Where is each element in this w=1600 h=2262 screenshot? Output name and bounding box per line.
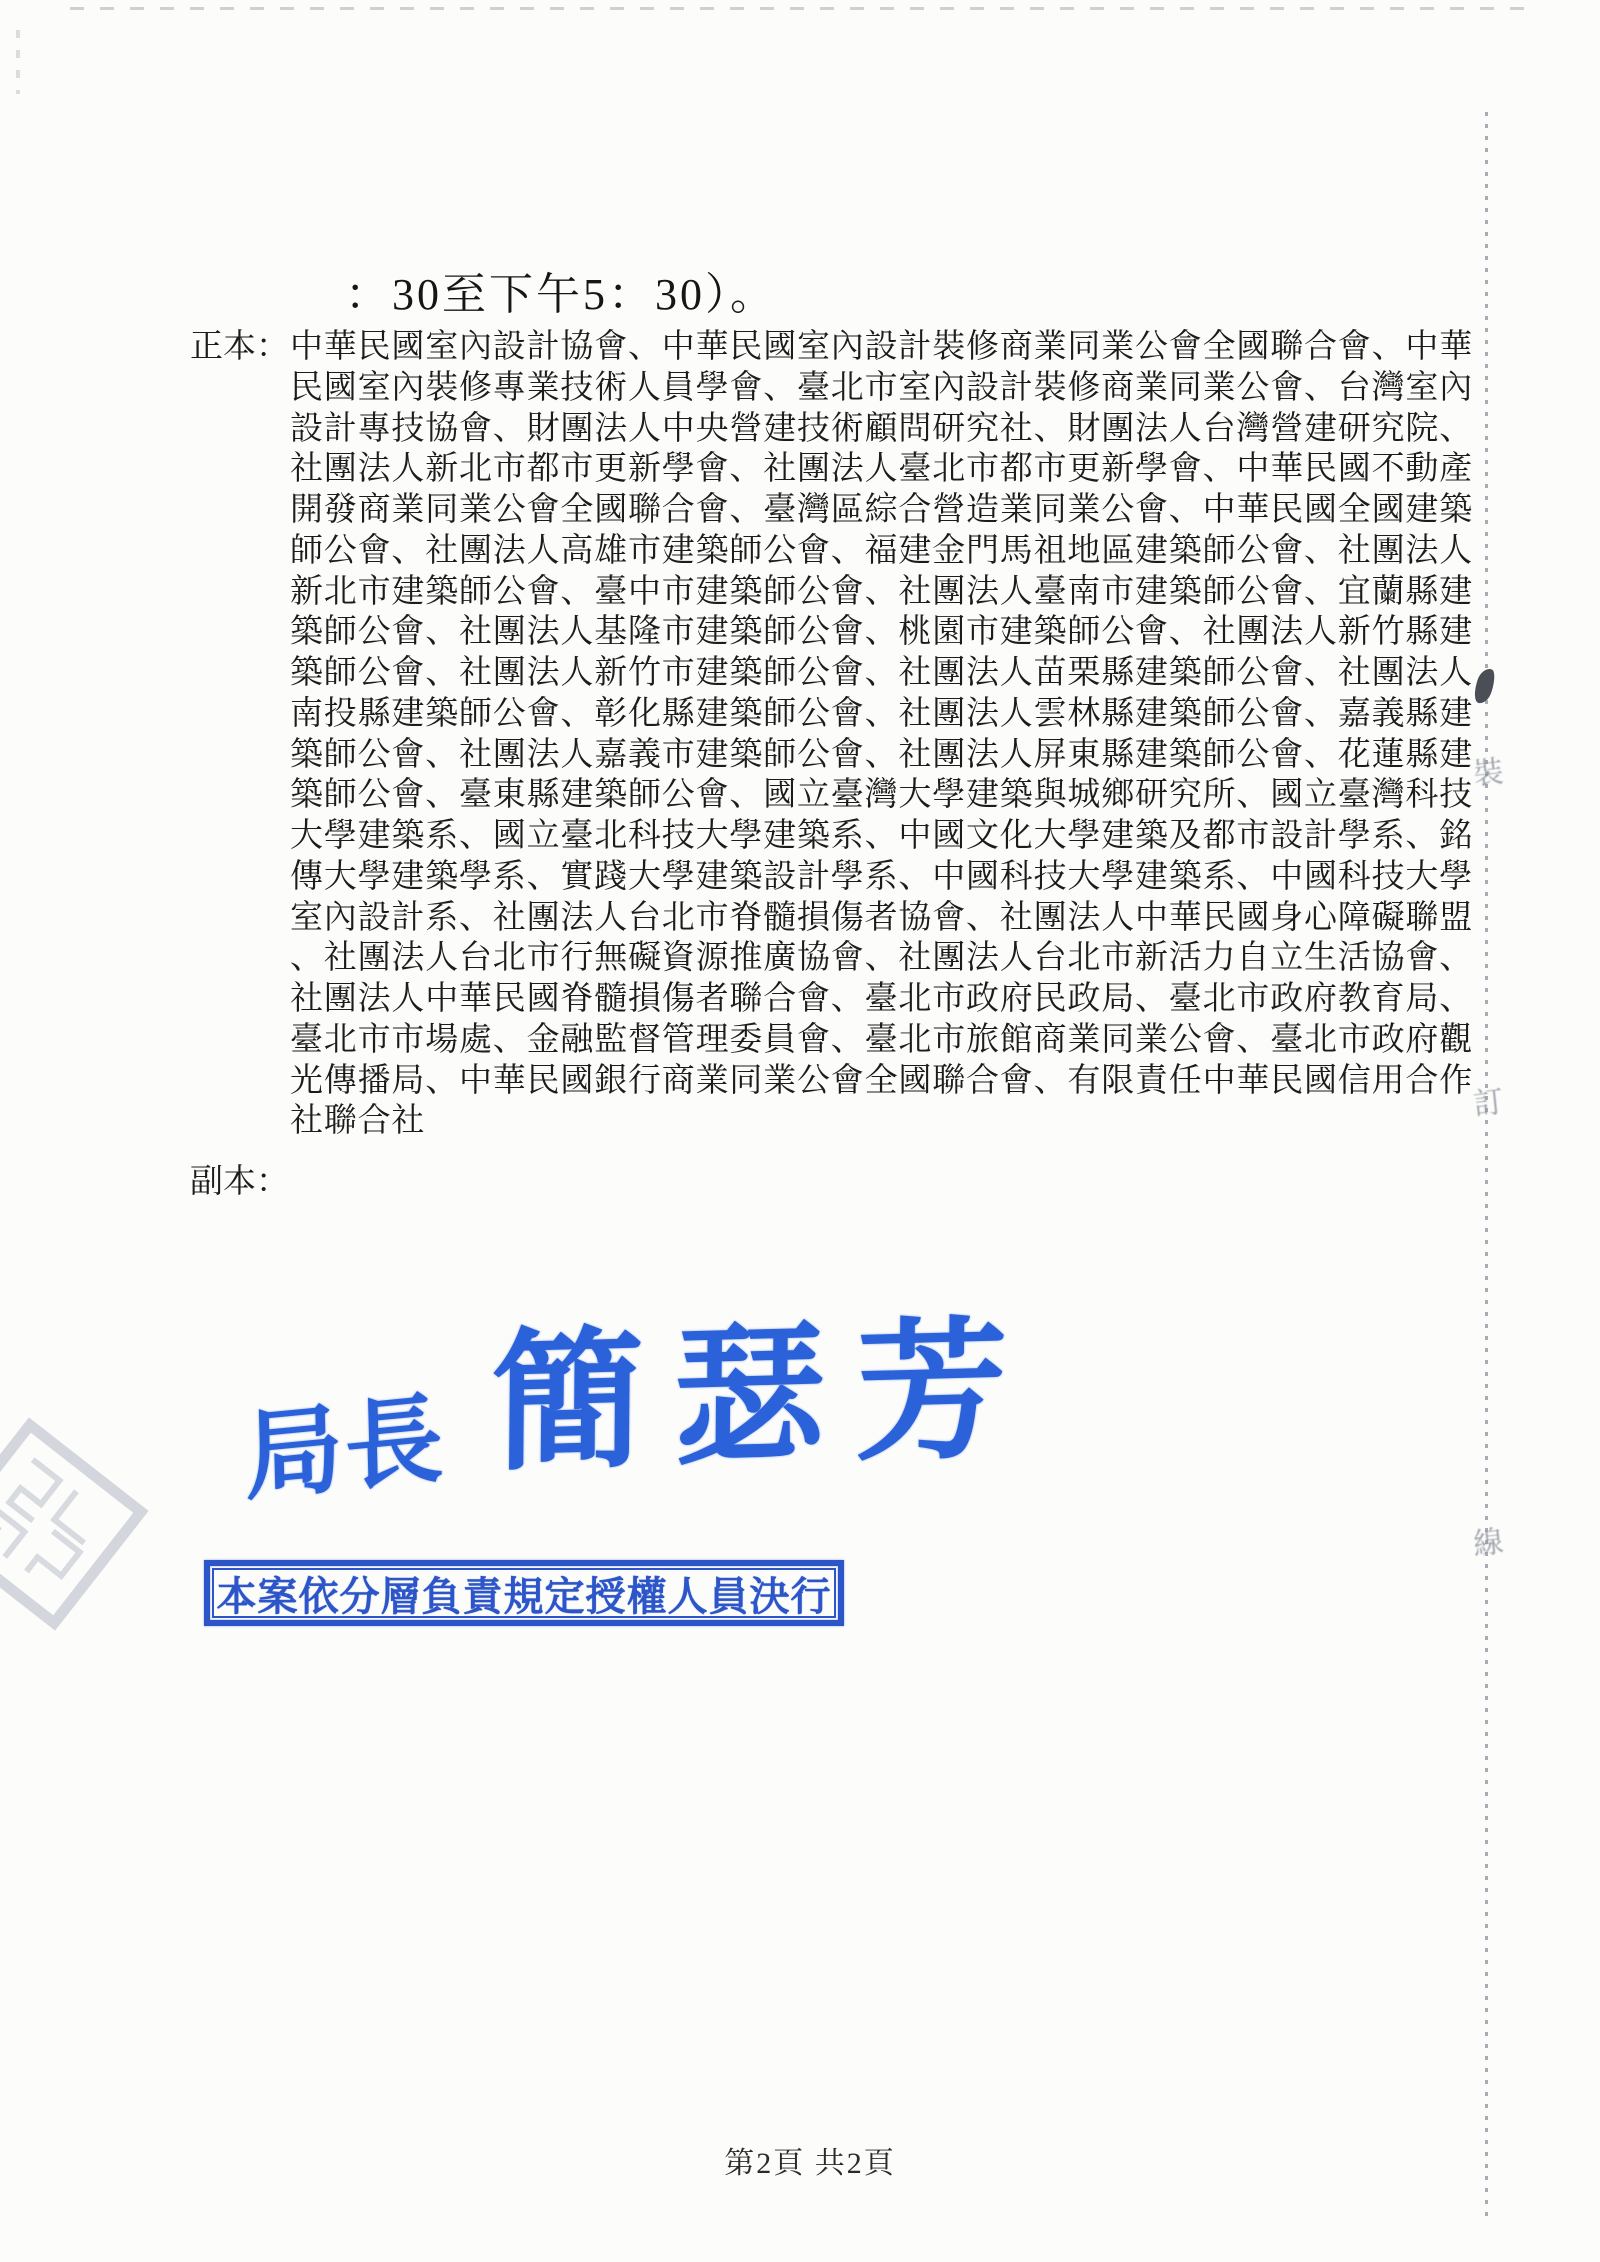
recipient-line: 築師公會、社團法人基隆市建築師公會、桃園市建築師公會、社團法人新竹縣建	[290, 612, 1442, 653]
recipient-line: 開發商業同業公會全國聯合會、臺灣區綜合營造業同業公會、中華民國全國建築	[290, 490, 1442, 531]
recipient-line: 傳大學建築學系、實踐大學建築設計學系、中國科技大學建築系、中國科技大學	[290, 857, 1442, 898]
recipient-line: 社聯合社	[290, 1101, 1442, 1142]
recipient-line: 新北市建築師公會、臺中市建築師公會、社團法人臺南市建築師公會、宜蘭縣建	[290, 572, 1442, 613]
recipient-line: 中華民國室內設計協會、中華民國室內設計裝修商業同業公會全國聯合會、中華	[290, 327, 1442, 368]
signature-name: 簡瑟芳	[491, 1312, 1038, 1486]
cross-page-seal-icon	[0, 1417, 149, 1630]
cc-block: 副本：	[190, 1162, 1445, 1203]
recipient-line: 設計專技協會、財團法人中央營建技術顧問研究社、財團法人台灣營建研究院、	[290, 409, 1442, 450]
ink-blot-mark	[1471, 666, 1498, 705]
binding-dotted-line	[1485, 112, 1488, 2216]
recipient-line: 光傳播局、中華民國銀行商業同業公會全國聯合會、有限責任中華民國信用合作	[290, 1061, 1442, 1102]
delegation-stamp-text: 本案依分層負責規定授權人員決行	[217, 1565, 832, 1622]
binding-char-zhuang: 裝	[1456, 745, 1520, 795]
delegation-stamp-inner-border: 本案依分層負責規定授權人員決行	[212, 1568, 836, 1618]
seal-glyphs-icon	[0, 1433, 133, 1615]
recipient-line: 築師公會、社團法人嘉義市建築師公會、社團法人屏東縣建築師公會、花蓮縣建	[290, 735, 1442, 776]
recipient-line: 南投縣建築師公會、彰化縣建築師公會、社團法人雲林縣建築師公會、嘉義縣建	[290, 694, 1442, 735]
recipients-label: 正本：	[190, 327, 290, 368]
recipient-line: 築師公會、臺東縣建築師公會、國立臺灣大學建築與城鄉研究所、國立臺灣科技	[290, 775, 1442, 816]
director-signature-stamp: 局長 簡瑟芳	[242, 1312, 1040, 1514]
cc-label: 副本：	[190, 1164, 289, 1200]
recipients-lines: 中華民國室內設計協會、中華民國室內設計裝修商業同業公會全國聯合會、中華 民國室內…	[290, 327, 1442, 1142]
delegation-stamp: 本案依分層負責規定授權人員決行	[204, 1560, 844, 1626]
recipient-line: 大學建築系、國立臺北科技大學建築系、中國文化大學建築及都市設計學系、銘	[290, 816, 1442, 857]
scan-noise-line	[70, 7, 1530, 10]
continuation-text: ：30至下午5：30）。	[345, 258, 777, 322]
binding-char-ding: 訂	[1456, 1075, 1520, 1125]
recipients-block: 正本： 中華民國室內設計協會、中華民國室內設計裝修商業同業公會全國聯合會、中華 …	[190, 327, 1445, 1142]
recipient-line: 社團法人新北市都市更新學會、社團法人臺北市都市更新學會、中華民國不動產	[290, 449, 1442, 490]
recipient-line: 室內設計系、社團法人台北市脊髓損傷者協會、社團法人中華民國身心障礙聯盟	[290, 898, 1442, 939]
scan-noise-corner	[16, 30, 20, 94]
recipient-line: 師公會、社團法人高雄市建築師公會、福建金門馬祖地區建築師公會、社團法人	[290, 531, 1442, 572]
recipient-line: 、社團法人台北市行無礙資源推廣協會、社團法人台北市新活力自立生活協會、	[290, 938, 1442, 979]
signature-title: 局長	[243, 1360, 447, 1520]
recipient-line: 社團法人中華民國脊髓損傷者聯合會、臺北市政府民政局、臺北市政府教育局、	[290, 979, 1442, 1020]
document-page: ：30至下午5：30）。 正本： 中華民國室內設計協會、中華民國室內設計裝修商業…	[0, 0, 1600, 2262]
page-footer: 第2頁 共2頁	[0, 2138, 1600, 2182]
recipient-line: 臺北市市場處、金融監督管理委員會、臺北市旅館商業同業公會、臺北市政府觀	[290, 1020, 1442, 1061]
recipient-line: 民國室內裝修專業技術人員學會、臺北市室內設計裝修商業同業公會、台灣室內	[290, 368, 1442, 409]
recipient-line: 築師公會、社團法人新竹市建築師公會、社團法人苗栗縣建築師公會、社團法人	[290, 653, 1442, 694]
binding-char-xian: 線	[1456, 1515, 1520, 1565]
